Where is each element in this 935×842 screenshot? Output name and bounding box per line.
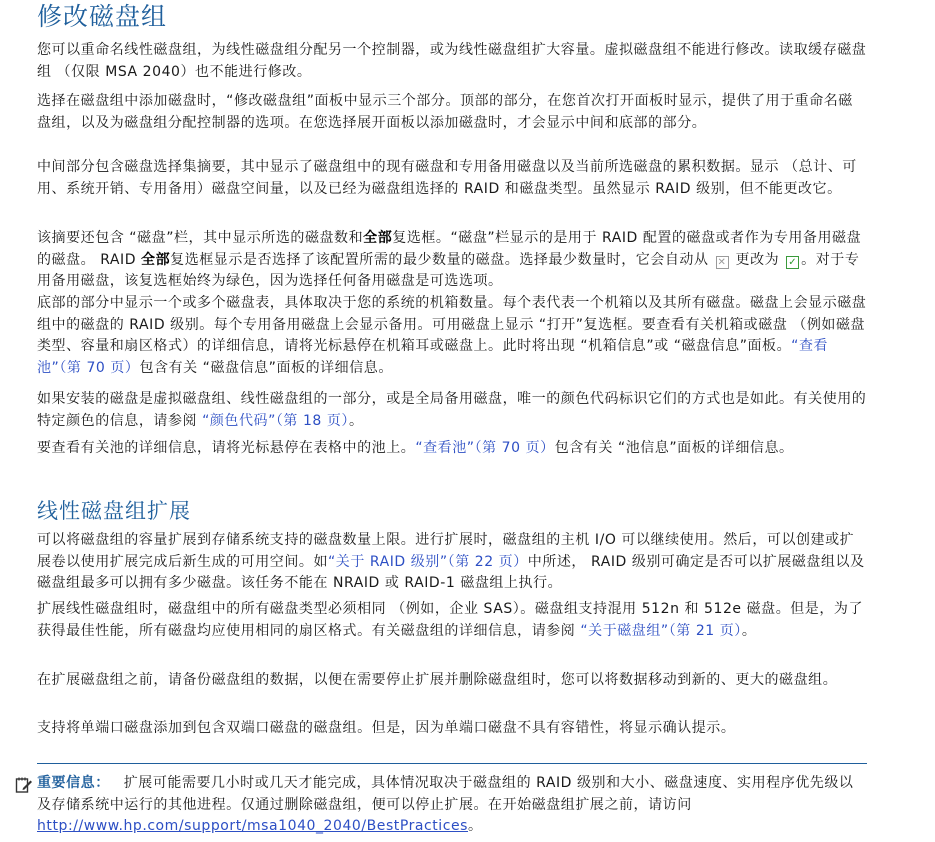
text: 包含有关 “磁盘信息”面板的详细信息。 [139,360,392,376]
text: 复选框显示是否选择了该配置所需的最少数量的磁盘。选择最少数量时，它会自动从 [170,252,713,268]
text: 包含有关 “池信息”面板的详细信息。 [555,440,794,456]
view-pools-link[interactable]: “查看池”（第 70 页） [415,440,554,456]
paragraph: 在扩展磁盘组之前，请备份磁盘组的数据，以便在需要停止扩展并删除磁盘组时，您可以将… [37,670,867,692]
text: 要查看有关池的详细信息，请将光标悬停在表格中的池上。 [37,440,415,456]
paragraph: 要查看有关池的详细信息，请将光标悬停在表格中的池上。“查看池”（第 70 页）包… [37,438,867,460]
text: 底部的部分中显示一个或多个磁盘表，具体取决于您的系统的机箱数量。每个表代表一个机… [37,295,866,354]
text: 。 [742,623,757,639]
divider [37,763,867,764]
text: 如果安装的磁盘是虚拟磁盘组、线性磁盘组的一部分，或是全局备用磁盘，唯一的颜色代码… [37,391,866,429]
checkbox-checked-icon: ✓ [786,256,799,269]
best-practices-url-link[interactable]: http://www.hp.com/support/msa1040_2040/B… [37,818,468,834]
about-raid-levels-link[interactable]: “关于 RAID 级别”（第 22 页） [328,554,528,570]
bold-all-label: 全部 [363,230,392,246]
paragraph: 中间部分包含磁盘选择集摘要，其中显示了磁盘组中的现有磁盘和专用备用磁盘以及当前所… [37,157,867,200]
text: 该摘要还包含 “磁盘”栏，其中显示所选的磁盘数和 [37,230,363,246]
paragraph: 该摘要还包含 “磁盘”栏，其中显示所选的磁盘数和全部复选框。“磁盘”栏显示的是用… [37,228,867,293]
text: 。 [349,413,364,429]
text: 扩展可能需要几小时或几天才能完成，具体情况取决于磁盘组的 RAID 级别和大小、… [37,775,853,813]
paragraph: 您可以重命名线性磁盘组，为线性磁盘组分配另一个控制器，或为线性磁盘组扩大容量。虚… [37,40,867,83]
bold-all-label: 全部 [141,252,170,268]
color-codes-link[interactable]: “颜色代码”（第 18 页） [202,413,349,429]
paragraph: 如果安装的磁盘是虚拟磁盘组、线性磁盘组的一部分，或是全局备用磁盘，唯一的颜色代码… [37,389,867,432]
text: 更改为 [731,252,785,268]
paragraph: 选择在磁盘组中添加磁盘时，“修改磁盘组”面板中显示三个部分。顶部的部分，在您首次… [37,91,867,134]
note-label: 重要信息： [37,775,110,791]
section-title-linear-disk-group-expansion: 线性磁盘组扩展 [37,497,191,525]
note-pencil-icon [15,776,33,794]
paragraph: 扩展线性磁盘组时，磁盘组中的所有磁盘类型必须相同 （例如，企业 SAS）。磁盘组… [37,599,867,642]
about-disk-groups-link[interactable]: “关于磁盘组”（第 21 页） [580,623,741,639]
paragraph: 支持将单端口磁盘添加到包含双端口磁盘的磁盘组。但是，因为单端口磁盘不具有容错性，… [37,718,867,740]
text: 。 [468,818,483,834]
section-title-modify-disk-group: 修改磁盘组 [37,1,167,33]
paragraph: 可以将磁盘组的容量扩展到存储系统支持的磁盘数量上限。进行扩展时，磁盘组的主机 I… [37,530,867,595]
checkbox-unchecked-icon: ✕ [716,256,729,269]
paragraph: 底部的部分中显示一个或多个磁盘表，具体取决于您的系统的机箱数量。每个表代表一个机… [37,293,867,379]
note-text: 重要信息：扩展可能需要几小时或几天才能完成，具体情况取决于磁盘组的 RAID 级… [37,773,867,838]
